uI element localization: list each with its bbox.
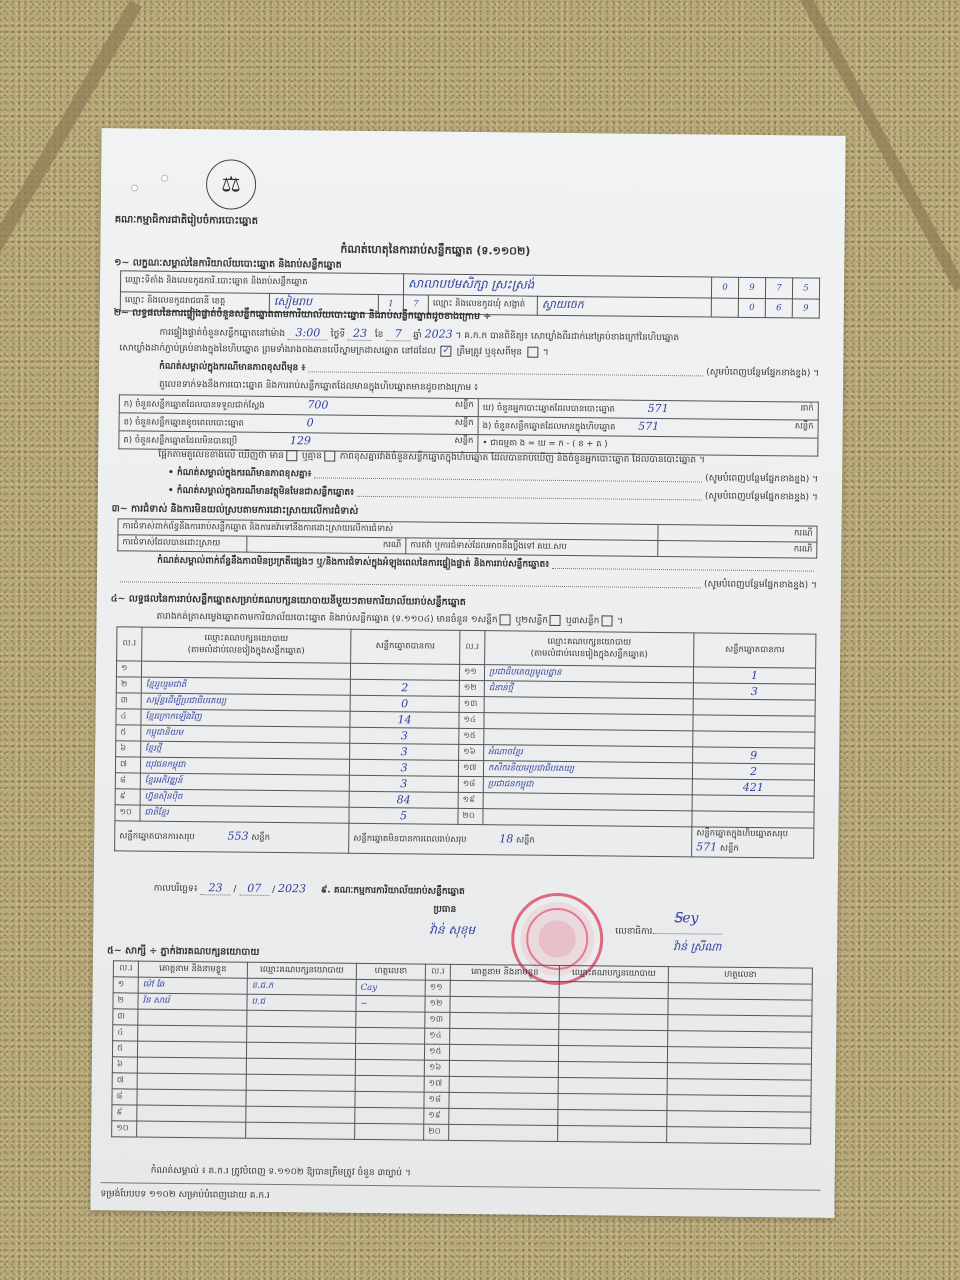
witness-name (450, 980, 559, 997)
witness-party (558, 1061, 667, 1078)
row-number: ១៨ (458, 776, 483, 792)
valid-votes: 84 (349, 791, 458, 808)
row-number: ១៧ (424, 1076, 449, 1092)
witness-name (449, 1124, 558, 1141)
date-day: 23 (200, 881, 230, 895)
secretary-name: វ៉ាន់ ស្រីណា (673, 940, 721, 957)
row-number: ១៤ (459, 712, 484, 728)
check-time-line: ការផ្ទៀងផ្ទាត់ចំនួនសន្លឹកឆ្នោតនៅម៉ោង 3:0… (159, 325, 679, 345)
witness-signature (668, 1031, 812, 1049)
witness-name (449, 1076, 558, 1093)
row-number: ១២ (425, 996, 450, 1012)
location-label: ឈ្មោះទីតាំង និងលេខកូដការិ.បោះឆ្នោត និងរា… (120, 271, 403, 295)
valid-votes: 3 (350, 727, 459, 744)
witness-signature (355, 1043, 424, 1060)
row-number: ៧ (112, 1073, 137, 1089)
witness-signature (356, 1027, 425, 1044)
witness-party (559, 1029, 668, 1046)
witness-name (449, 1092, 558, 1109)
chair-label: ប្រធាន (433, 904, 456, 917)
witness-party (559, 997, 668, 1014)
witness-signature (355, 1107, 424, 1124)
row-number: ៦ (112, 1057, 137, 1073)
sheet-2-checkbox[interactable] (550, 615, 561, 626)
witness-party: ខ.ជ.ភ (247, 978, 356, 995)
witness-party (559, 981, 668, 998)
row-number: ១៨ (424, 1092, 449, 1108)
valid-votes: 0 (350, 695, 459, 712)
check-month-value: 7 (386, 327, 410, 341)
row-number: ២ (113, 993, 138, 1009)
row-number: ១៣ (425, 1012, 450, 1028)
objection-note-line-2: (សូមបំពេញបន្ថែមផ្នែកខាងខ្នង) ។ (117, 572, 817, 592)
witness-signature (355, 1075, 424, 1092)
witness-name (138, 1009, 247, 1026)
row-number: ១០ (115, 805, 140, 821)
row-number: ៥ (112, 1041, 137, 1057)
row-number: ១១ (425, 980, 450, 996)
witness-signature: ~ (356, 995, 425, 1012)
witness-party (558, 1093, 667, 1110)
witness-name (449, 1044, 558, 1061)
witness-party (559, 1013, 668, 1030)
valid-votes: 3 (693, 683, 815, 700)
valid-votes: 14 (350, 711, 459, 728)
row-number: ៣ (116, 693, 141, 709)
row-number: ១ (113, 977, 138, 993)
total-invalid: សន្លឹកឆ្នោតមិនបានការពេលរាប់សរុប 18 សន្លឹ… (349, 823, 692, 857)
witness-party (247, 1010, 356, 1027)
row-number: ២ (116, 677, 141, 693)
valid-votes: 3 (350, 743, 459, 760)
total-valid: សន្លឹកឆ្នោតបានការសរុប 553 សន្លឹក (115, 821, 349, 853)
location-code-digit: 9 (738, 277, 765, 298)
row-number: ៣ (113, 1009, 138, 1025)
witness-name (450, 996, 559, 1013)
valid-votes (693, 699, 815, 716)
note-not-ballot-line: • កំណត់សម្គាល់ក្នុងករណីមានវត្ថុមិនមែនជាស… (168, 485, 818, 505)
location-code-digit: 0 (711, 277, 738, 298)
row-number: ៩ (115, 789, 140, 805)
witness-name (138, 1025, 247, 1042)
row-number: ១១ (459, 664, 484, 680)
witness-party (558, 1109, 667, 1126)
witness-signature (667, 1095, 811, 1113)
row-number: ៦ (116, 741, 141, 757)
witness-name (137, 1105, 246, 1122)
row-number: ១២ (459, 680, 484, 696)
witness-party (558, 1077, 667, 1094)
check-day-value: 23 (348, 327, 372, 341)
valid-votes: 3 (349, 775, 458, 792)
witness-party (247, 1026, 356, 1043)
witness-name (137, 1041, 246, 1058)
row-number: ១៤ (425, 1028, 450, 1044)
objection-note-field-2[interactable] (120, 572, 701, 588)
witness-signature (355, 1059, 424, 1076)
note-diff-line: កំណត់សម្គាល់ក្នុងករណីមានភាពខុសពីមុន ៖ (ស… (159, 361, 819, 381)
row-number: ៤ (116, 709, 141, 725)
valid-votes: 5 (349, 807, 458, 824)
witness-signature (668, 1015, 812, 1033)
row-number: ១៥ (424, 1044, 449, 1060)
sheet-count-line: តារាងកត់ត្រាសម្លេងឆ្នោតតាមការិយាល័យបោះឆ្… (156, 611, 623, 629)
witness-name (137, 1073, 246, 1090)
has-diff-checkbox[interactable] (286, 450, 297, 461)
total-in-box: សន្លឹកឆ្នោតក្នុងហិបឆ្នោតសរុប 571 សន្លឹក (692, 827, 814, 858)
check-year-value: 2023 (425, 328, 453, 341)
witness-signature (667, 1079, 811, 1097)
date-month: 07 (239, 882, 269, 896)
row-number: ៨ (115, 773, 140, 789)
valid-votes: 1 (693, 667, 815, 684)
row-number: ១៣ (459, 696, 484, 712)
objection-note-field[interactable] (552, 559, 814, 572)
witness-signature (667, 1111, 811, 1129)
valid-votes (350, 663, 459, 680)
row-number: ៨ (112, 1089, 137, 1105)
seal-wrong-checkbox[interactable] (527, 347, 538, 358)
row-number: ១៥ (459, 728, 484, 744)
row-number: ១៦ (459, 744, 484, 760)
punch-hole (161, 175, 168, 182)
witness-signature (355, 1123, 424, 1140)
witness-signature: Cay (356, 979, 425, 996)
witness-signature (667, 1127, 811, 1145)
row-number: ៤ (113, 1025, 138, 1041)
section3-heading: ៣~ ការជំទាស់ និងការមិនយល់ស្របតាមការដោះស្… (112, 502, 359, 519)
valid-votes: 9 (693, 747, 815, 764)
witness-party (246, 1090, 355, 1107)
location-code-digit: 5 (792, 278, 819, 299)
witness-signature (667, 1047, 811, 1065)
valid-votes (692, 811, 814, 828)
row-number: ៩ (112, 1105, 137, 1121)
punch-hole (131, 184, 138, 191)
chair-signature: វ៉ាន់ សុខុម (429, 922, 475, 940)
election-form-paper: ⚖ គណៈកម្មាធិការជាតិរៀបចំការបោះឆ្នោត កំណត… (90, 128, 845, 1218)
witness-name: ម៉ៅ ឆែ (138, 977, 247, 994)
no-diff-checkbox[interactable] (324, 450, 335, 461)
row-number: ៧ (115, 757, 140, 773)
witness-signature (668, 983, 812, 1001)
location-code-digit: 7 (765, 278, 792, 299)
check-time-value: 3:00 (288, 326, 328, 340)
row-number: ១៩ (458, 792, 483, 808)
witness-party (246, 1074, 355, 1091)
note-not-ballot-field[interactable] (357, 487, 702, 501)
witness-signature (356, 1011, 425, 1028)
sheet-3-checkbox[interactable] (601, 615, 612, 626)
note-mismatch-field[interactable] (314, 468, 702, 482)
form-title: កំណត់ហេតុនៃការរាប់សន្លឹកឆ្នោត (ទ.១១០២) (340, 243, 530, 261)
sheet-1-checkbox[interactable] (500, 614, 511, 625)
objections-table: ការជំទាស់ពាក់ព័ន្ធនឹងការរាប់សន្លឹកឆ្នោត … (117, 518, 817, 558)
valid-votes: 3 (349, 759, 458, 776)
witness-name (450, 1028, 559, 1045)
section4-heading: ៤~ លទ្ធផលនៃការរាប់សន្លឹកឆ្នោតសម្រាប់គណបក… (111, 592, 466, 610)
ballot-figures-table: ក) ចំនួនសន្លឹកឆ្នោតដែលបានទទួលជាក់ស្តែង 7… (118, 394, 819, 456)
valid-votes: 2 (692, 763, 814, 780)
witness-party: ប.ជ (247, 994, 356, 1011)
seal-ok-checkbox[interactable]: ✓ (441, 346, 452, 357)
note-mismatch-line: • កំណត់សម្គាល់ក្នុងករណីមានភាពខុសគ្នា៖ (ស… (168, 467, 818, 487)
figures-intro: តួលេខទាក់ទងនឹងការបោះឆ្នោត និងការរាប់សន្ល… (159, 379, 478, 395)
witness-party (246, 1058, 355, 1075)
section5-heading: ៥~ សាក្សី ÷ ភ្នាក់ងារគណបក្សនយោបាយ (107, 944, 259, 960)
valid-votes (693, 715, 815, 732)
secretary-signature-icon: Ꭶey (673, 910, 698, 926)
witness-name (137, 1121, 246, 1138)
witness-signature (355, 1091, 424, 1108)
date-year: 2023 (278, 882, 306, 895)
nec-logo-icon: ⚖ (206, 159, 257, 210)
valid-votes (692, 795, 814, 812)
party-results-table: ល.រ ឈ្មោះគណបក្សនយោបាយ(តាមលំដាប់លេខរៀងក្ន… (114, 626, 816, 858)
date-line: កាលបរិច្ឆេទ៖ 23 / 07 / 2023 ៩. គណៈកម្មកា… (154, 881, 465, 899)
valid-votes: 2 (350, 679, 459, 696)
witness-name (137, 1057, 246, 1074)
footnote: កំណត់សម្គាល់ ៖ គ.ក.រ ត្រូវបំពេញ ទ.១១០២ ឱ… (151, 1165, 411, 1181)
witness-signature (668, 999, 812, 1017)
witness-name (449, 1108, 558, 1125)
row-number: ១៩ (424, 1108, 449, 1124)
row-number: ១ (116, 661, 141, 677)
row-number: ១៧ (458, 760, 483, 776)
row-number: ៥ (116, 725, 141, 741)
witness-party (246, 1106, 355, 1123)
row-number: ២០ (424, 1124, 449, 1140)
witness-name (137, 1089, 246, 1106)
witness-signature (667, 1063, 811, 1081)
valid-votes: 421 (692, 779, 814, 796)
footer-text: ទម្រង់បែបបទ ១១០២ សម្រាប់បំពេញដោយ គ.ក.រ (100, 1188, 269, 1203)
witness-party (558, 1125, 667, 1142)
witness-party (246, 1122, 355, 1139)
witness-name: វ៉ន សារ៉េ (138, 993, 247, 1010)
witness-name (449, 1060, 558, 1077)
row-number: ១៦ (424, 1060, 449, 1076)
seal-line: សោឃ្លាំងដាក់ភ្ជាប់គ្រប់ខាងក្នុងនៃហិបឆ្នោ… (119, 342, 548, 359)
secretary-line: លេខាធិការ (615, 926, 722, 940)
committee-name: គណៈកម្មាធិការជាតិរៀបចំការបោះឆ្នោត (115, 212, 258, 228)
witness-party (246, 1042, 355, 1059)
note-diff-field[interactable] (308, 362, 703, 376)
row-number: ២០ (458, 808, 483, 824)
witness-name (450, 1012, 559, 1029)
witness-party (558, 1045, 667, 1062)
row-number: ១០ (112, 1121, 137, 1137)
witness-table: ល.រ គោត្តនាម និងនាមខ្លួន ឈ្មោះគណបក្សនយោប… (111, 960, 813, 1144)
valid-votes (693, 731, 815, 748)
objection-note-line: កំណត់សម្គាល់ពាក់ព័ន្ធនឹងភាពមិនប្រក្រតីផ្… (157, 555, 817, 575)
